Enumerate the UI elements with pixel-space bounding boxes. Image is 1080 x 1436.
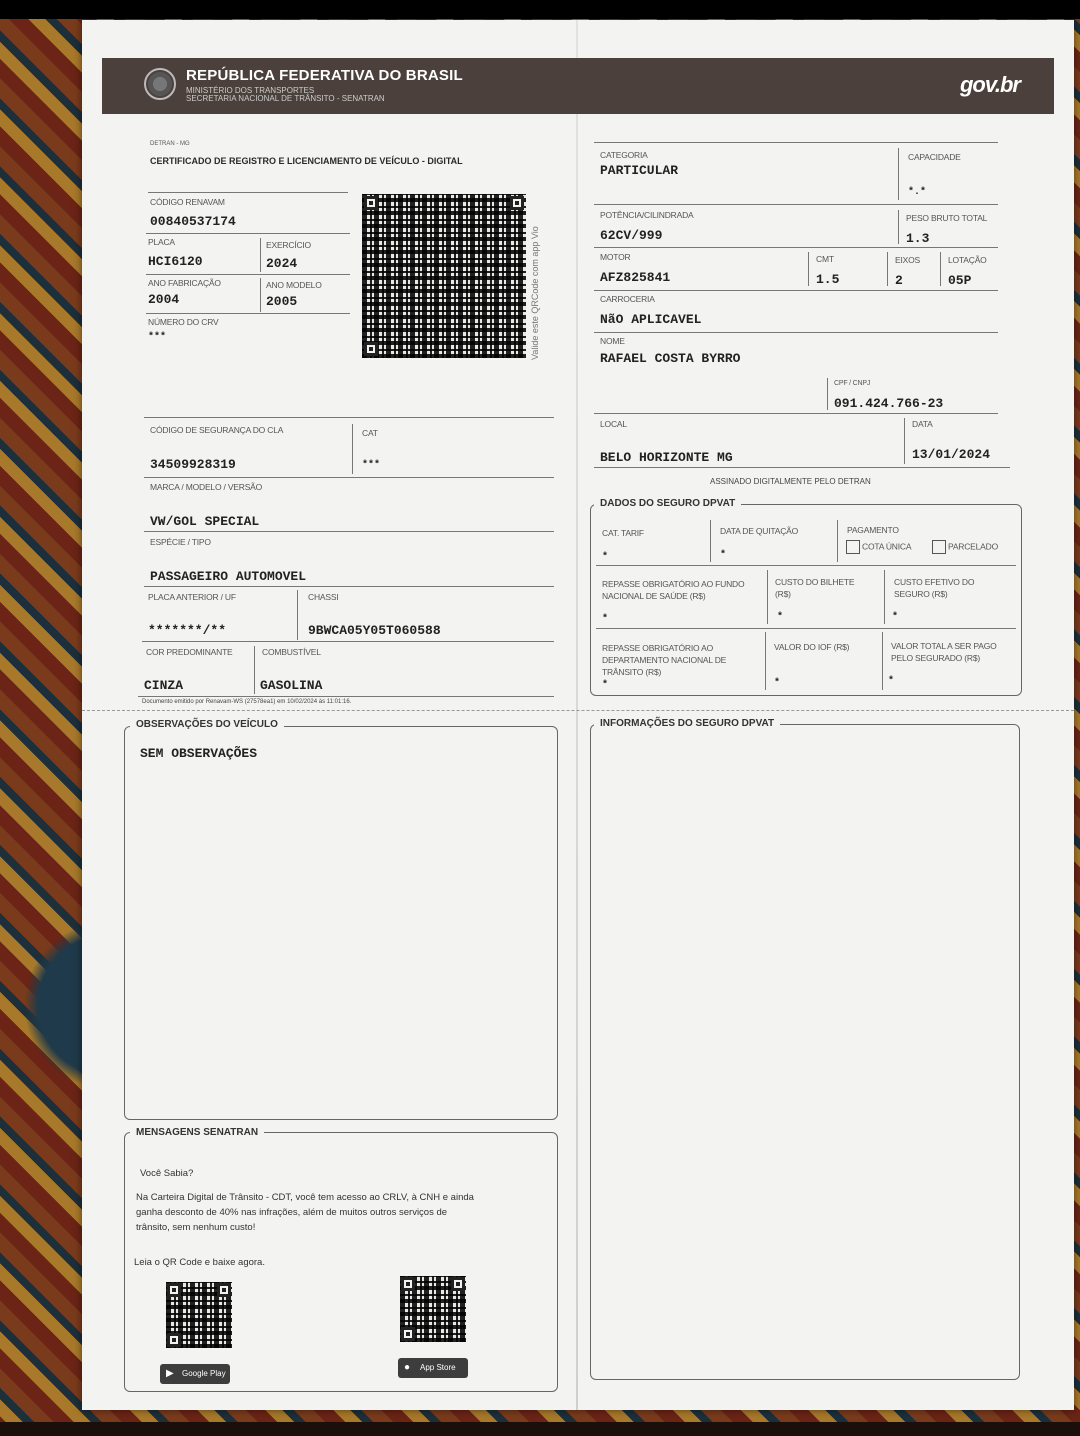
divider (940, 252, 941, 286)
mensagens-cta: Leia o QR Code e baixe agora. (134, 1255, 265, 1270)
qr-finder (451, 1277, 465, 1291)
divider (887, 252, 888, 286)
play-store-icon: ▶ (166, 1368, 174, 1379)
valor-iof-label: VALOR DO IOF (R$) (774, 642, 849, 652)
divider (138, 696, 554, 697)
divider (260, 278, 261, 312)
divider (146, 313, 350, 314)
cor-value: CINZA (144, 678, 183, 693)
fold-line-vertical (576, 20, 578, 1410)
mensagens-heading: Você Sabia? (140, 1166, 193, 1181)
renavam-label: CÓDIGO RENAVAM (150, 197, 225, 207)
placa-anterior-label: PLACA ANTERIOR / UF (148, 592, 236, 602)
apple-icon: ● (404, 1362, 410, 1373)
option-label: PARCELADO (948, 541, 998, 551)
marca-modelo-value: VW/GOL SPECIAL (150, 514, 259, 529)
ano-fabricacao-label: ANO FABRICAÇÃO (148, 278, 221, 288)
marca-modelo-label: MARCA / MODELO / VERSÃO (150, 482, 262, 492)
divider (594, 413, 998, 414)
divider (352, 424, 353, 474)
repasse-fns-label: REPASSE OBRIGATÓRIO AO FUNDO NACIONAL DE… (602, 578, 762, 602)
qr-caption: Valide este QRCode com app Vio (530, 226, 540, 360)
numero-crv-value: *** (148, 332, 166, 343)
observacoes-box (124, 726, 558, 1120)
cat-label: CAT (362, 428, 378, 438)
cmt-value: 1.5 (816, 272, 839, 287)
google-play-badge[interactable]: ▶Google Play (160, 1364, 230, 1384)
data-quitacao-value: * (720, 550, 726, 561)
valor-total-label: VALOR TOTAL A SER PAGO PELO SEGURADO (R$… (891, 640, 1011, 664)
potencia-label: POTÊNCIA/CILINDRADA (600, 210, 694, 220)
capacidade-label: CAPACIDADE (908, 152, 961, 162)
app-store-badge[interactable]: ●App Store (398, 1358, 468, 1378)
divider (254, 646, 255, 694)
mensagens-body: Na Carteira Digital de Trânsito - CDT, v… (136, 1190, 476, 1235)
status-bar (0, 0, 1080, 19)
cor-label: COR PREDOMINANTE (146, 647, 233, 657)
divider (596, 565, 1016, 566)
mensagens-title: MENSAGENS SENATRAN (130, 1127, 264, 1138)
observacoes-title: OBSERVAÇÕES DO VEÍCULO (130, 719, 284, 730)
carroceria-value: NãO APLICAVEL (600, 312, 701, 327)
placa-value: HCI6120 (148, 254, 203, 269)
exercicio-value: 2024 (266, 256, 297, 271)
placa-label: PLACA (148, 237, 175, 247)
divider (594, 467, 1010, 468)
repasse-dnt-value: * (602, 680, 608, 691)
cmt-label: CMT (816, 254, 834, 264)
divider (594, 142, 998, 143)
issuer: DETRAN - MG (150, 141, 190, 147)
valor-iof-value: * (774, 678, 780, 689)
document-header: REPÚBLICA FEDERATIVA DO BRASIL MINISTÉRI… (102, 58, 1054, 114)
info-dpvat-box (590, 724, 1020, 1380)
divider (144, 531, 554, 532)
cpf-label: CPF / CNPJ (834, 380, 870, 387)
codigo-seguranca-label: CÓDIGO DE SEGURANÇA DO CLA (150, 425, 283, 435)
data-quitacao-label: DATA DE QUITAÇÃO (720, 526, 798, 536)
qr-finder (401, 1327, 415, 1341)
divider (898, 210, 899, 244)
crlv-document: REPÚBLICA FEDERATIVA DO BRASIL MINISTÉRI… (82, 20, 1074, 1410)
custo-bilhete-label: CUSTO DO BILHETE (R$) (775, 576, 855, 600)
divider (904, 418, 905, 464)
qr-finder (510, 196, 524, 210)
digital-signature-note: ASSINADO DIGITALMENTE PELO DETRAN (710, 477, 871, 486)
custo-efetivo-label: CUSTO EFETIVO DO SEGURO (R$) (894, 576, 994, 600)
divider (144, 586, 554, 587)
valor-total-value: * (888, 676, 894, 687)
potencia-value: 62CV/999 (600, 228, 662, 243)
especie-tipo-label: ESPÉCIE / TIPO (150, 537, 211, 547)
motor-value: AFZ825841 (600, 270, 670, 285)
divider (594, 204, 998, 205)
codigo-seguranca-value: 34509928319 (150, 457, 236, 472)
custo-bilhete-value: * (777, 612, 783, 623)
divider (144, 417, 554, 418)
checkbox-cota-unica[interactable] (846, 540, 860, 554)
govbr-logo: gov.br (960, 72, 1020, 98)
carroceria-label: CARROCERIA (600, 294, 655, 304)
lotacao-label: LOTAÇÃO (948, 255, 987, 265)
divider (297, 590, 298, 640)
divider (882, 632, 883, 690)
qr-finder (167, 1333, 181, 1347)
combustivel-label: COMBUSTÍVEL (262, 647, 321, 657)
lotacao-value: 05P (948, 273, 971, 288)
data-value: 13/01/2024 (912, 447, 990, 462)
app-store-label: App Store (420, 1363, 456, 1372)
cpf-value: 091.424.766-23 (834, 396, 943, 411)
ano-fabricacao-value: 2004 (148, 292, 179, 307)
pagamento-label: PAGAMENTO (847, 525, 899, 535)
repasse-fns-value: * (602, 614, 608, 625)
observacoes-text: SEM OBSERVAÇÕES (140, 746, 257, 761)
repasse-dnt-label: REPASSE OBRIGATÓRIO AO DEPARTAMENTO NACI… (602, 642, 752, 678)
header-title: REPÚBLICA FEDERATIVA DO BRASIL (186, 67, 463, 84)
cat-tarif-value: * (602, 552, 608, 563)
motor-label: MOTOR (600, 252, 630, 262)
divider (594, 290, 998, 291)
floor-background (0, 1422, 1080, 1436)
divider (594, 332, 998, 333)
peso-bruto-label: PESO BRUTO TOTAL (906, 213, 987, 223)
document-title: CERTIFICADO DE REGISTRO E LICENCIAMENTO … (150, 156, 463, 166)
google-play-label: Google Play (182, 1369, 226, 1378)
issuance-footnote: Documento emitido por Renavam-WS (27578e… (142, 699, 351, 705)
categoria-label: CATEGORIA (600, 150, 648, 160)
divider (837, 520, 838, 562)
qr-finder (167, 1283, 181, 1297)
pagamento-parcelado[interactable]: PARCELADO (932, 540, 998, 554)
divider (765, 632, 766, 690)
qr-finder (364, 196, 378, 210)
local-value: BELO HORIZONTE MG (600, 450, 733, 465)
dpvat-title: DADOS DO SEGURO DPVAT (594, 498, 741, 509)
divider (594, 247, 998, 248)
divider (144, 477, 554, 478)
qr-finder (217, 1283, 231, 1297)
owner-name: RAFAEL COSTA BYRRO (600, 351, 740, 366)
validation-qr-code[interactable] (362, 194, 526, 358)
divider (767, 570, 768, 624)
divider (142, 641, 554, 642)
especie-tipo-value: PASSAGEIRO AUTOMOVEL (150, 569, 306, 584)
cut-line (82, 710, 1074, 711)
ano-modelo-label: ANO MODELO (266, 280, 322, 290)
divider (808, 252, 809, 286)
peso-bruto-value: 1.3 (906, 231, 929, 246)
divider (884, 570, 885, 624)
info-dpvat-title: INFORMAÇÕES DO SEGURO DPVAT (594, 718, 780, 729)
google-play-qr-code[interactable] (166, 1282, 232, 1348)
nome-label: NOME (600, 336, 625, 346)
divider (827, 378, 828, 410)
divider (146, 233, 350, 234)
eixos-value: 2 (895, 273, 903, 288)
divider (146, 274, 350, 275)
option-label: COTA ÚNICA (862, 541, 911, 551)
chassi-value: 9BWCA05Y05T060588 (308, 623, 441, 638)
placa-anterior-value: *******/** (148, 623, 226, 638)
qr-finder (401, 1277, 415, 1291)
exercicio-label: EXERCÍCIO (266, 240, 311, 250)
divider (260, 238, 261, 272)
combustivel-value: GASOLINA (260, 678, 322, 693)
brazil-coat-of-arms-icon (144, 68, 176, 100)
eixos-label: EIXOS (895, 255, 920, 265)
header-secretariat: SECRETARIA NACIONAL DE TRÂNSITO - SENATR… (186, 95, 385, 103)
divider (898, 148, 899, 200)
cat-value: *** (362, 460, 380, 471)
local-label: LOCAL (600, 419, 627, 429)
checkbox-parcelado[interactable] (932, 540, 946, 554)
numero-crv-label: NÚMERO DO CRV (148, 317, 218, 327)
ano-modelo-value: 2005 (266, 294, 297, 309)
qr-finder (364, 342, 378, 356)
custo-efetivo-value: * (892, 612, 898, 623)
data-label: DATA (912, 419, 933, 429)
pagamento-cota-unica[interactable]: COTA ÚNICA (846, 540, 911, 554)
divider (148, 192, 348, 193)
categoria-value: PARTICULAR (600, 163, 678, 178)
renavam-value: 00840537174 (150, 214, 236, 229)
cat-tarif-label: CAT. TARIF (602, 528, 644, 538)
app-store-qr-code[interactable] (400, 1276, 466, 1342)
divider (596, 628, 1016, 629)
capacidade-value: *.* (908, 187, 926, 198)
divider (710, 520, 711, 562)
chassi-label: CHASSI (308, 592, 338, 602)
